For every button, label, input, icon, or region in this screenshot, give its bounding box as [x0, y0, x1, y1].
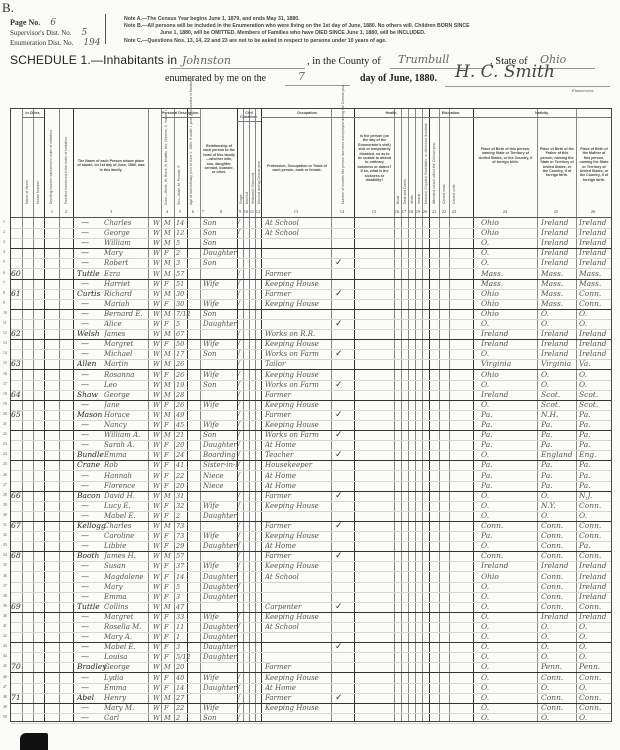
cell-age: 3 — [176, 592, 190, 602]
cell-fbp: Virginia — [541, 359, 575, 369]
enumerated-label: enumerated by me on the — [165, 73, 266, 84]
cell-fbp: Mass. — [541, 279, 575, 289]
cell-mbp: Conn. — [579, 299, 610, 309]
enumeration-date-label: day of June, 1880. — [360, 73, 437, 84]
cell-fbp: N.H. — [541, 410, 575, 420]
cell-sex: M — [164, 269, 176, 279]
cell-given: George — [104, 662, 152, 672]
cell-mark: / — [238, 329, 246, 339]
cell-race: W — [153, 228, 163, 238]
cell-fbp: Ireland — [541, 258, 575, 268]
row-number: 39 — [3, 604, 7, 608]
cell-surname: — — [81, 218, 101, 228]
cell-race: W — [153, 440, 163, 450]
row-number: 42 — [3, 634, 7, 638]
cell-bp: Pa. — [481, 481, 535, 491]
group-health: Health. — [354, 111, 429, 118]
cell-mbp: Conn. — [579, 531, 610, 541]
cell-age: 12 — [176, 228, 190, 238]
cell-given: Charles — [104, 218, 152, 228]
cell-bp: O. — [481, 602, 535, 612]
cell-rel: Wife — [203, 673, 237, 683]
cell-fbp: O. — [541, 309, 575, 319]
group-nativity: Nativity. — [473, 111, 611, 118]
cell-occ: Works on R.R. — [265, 329, 331, 339]
cell-given: Florence — [104, 481, 152, 491]
cell-surname: — — [81, 481, 101, 491]
cell-bp: O. — [481, 400, 535, 410]
cell-given: Rosella M. — [104, 622, 152, 632]
cell-fbp: Pa. — [541, 481, 575, 491]
cell-fbp: Ireland — [541, 228, 575, 238]
cell-age: 27 — [176, 693, 190, 703]
cell-bp: O. — [481, 491, 535, 501]
cell-race: W — [153, 582, 163, 592]
cell-mark: / — [238, 582, 246, 592]
cell-bp: Pa. — [481, 531, 535, 541]
cell-mark: / — [238, 380, 246, 390]
cell-rel: Daughter — [203, 582, 237, 592]
cell-tick: ✓ — [335, 430, 349, 440]
cell-surname: — — [81, 430, 101, 440]
cell-race: W — [153, 693, 163, 703]
cell-age: 14 — [176, 683, 190, 693]
row-number: 34 — [3, 553, 7, 557]
row-number: 45 — [3, 664, 7, 668]
cell-age: 20 — [176, 440, 190, 450]
cell-sex: M — [164, 329, 176, 339]
cell-sex: M — [164, 662, 176, 672]
cell-bp: O. — [481, 511, 535, 521]
cell-bp: Ohio — [481, 370, 535, 380]
cell-bp: Mass. — [481, 269, 535, 279]
cell-bp: Conn. — [481, 521, 535, 531]
cell-sex: M — [164, 410, 176, 420]
cell-given: Emma — [104, 592, 152, 602]
cell-mark: / — [238, 228, 246, 238]
cell-rel: Niece — [203, 471, 237, 481]
cell-mbp: Ireland — [579, 339, 610, 349]
row-number: 1 — [3, 220, 5, 224]
cell-tick: ✓ — [335, 450, 349, 460]
cell-age: 14 — [176, 572, 190, 582]
cell-fbp: Ireland — [541, 561, 575, 571]
cell-sex: F — [164, 683, 176, 693]
cell-age: 41 — [176, 460, 190, 470]
cell-given: Magdalene — [104, 572, 152, 582]
cell-race: W — [153, 400, 163, 410]
cell-mark: / — [238, 693, 246, 703]
cell-sex: F — [164, 531, 176, 541]
row-number: 24 — [3, 452, 7, 456]
header-name: The Name of each Person whose place of a… — [77, 159, 145, 172]
cell-age: 37 — [176, 561, 190, 571]
note-a: Note A.—The Census Year begins June 1, 1… — [124, 16, 614, 23]
cell-given: Emma — [104, 450, 152, 460]
cell-given: Susan — [104, 561, 152, 571]
cell-sex: F — [164, 481, 176, 491]
cell-family: 60 — [11, 269, 21, 279]
cell-sex: F — [164, 561, 176, 571]
cell-rel: Daughter — [203, 511, 237, 521]
cell-bp: O. — [481, 450, 535, 460]
cell-age: 28 — [176, 390, 190, 400]
cell-age: 30 — [176, 289, 190, 299]
corner-letter: B. — [2, 0, 14, 16]
cell-bp: O. — [481, 673, 535, 683]
header-married: Married. — [245, 169, 249, 204]
cell-mbp: O. — [579, 713, 610, 723]
cell-bp: Ireland — [481, 339, 535, 349]
cell-rel: Niece — [203, 481, 237, 491]
cell-sex: M — [164, 380, 176, 390]
cell-rel: Son — [203, 430, 237, 440]
cell-given: Mary M. — [104, 703, 152, 713]
header-profession: Profession, Occupation or Trade of each … — [266, 164, 328, 173]
cell-fbp: Mass. — [541, 289, 575, 299]
cell-fbp: Conn. — [541, 582, 575, 592]
cell-fbp: O. — [541, 713, 575, 723]
cell-fbp: Conn. — [541, 703, 575, 713]
group-civil-condition: Civil Condition. — [237, 111, 261, 122]
cell-sex: F — [164, 248, 176, 258]
cell-race: W — [153, 370, 163, 380]
cell-race: W — [153, 258, 163, 268]
cell-mark: / — [238, 541, 246, 551]
cell-rel: Son — [203, 380, 237, 390]
cell-mbp: Ireland — [579, 228, 610, 238]
cell-mark: / — [238, 683, 246, 693]
cell-given: David H. — [104, 491, 152, 501]
cell-age: 32 — [176, 501, 190, 511]
cell-mark: / — [238, 561, 246, 571]
cell-sex: F — [164, 420, 176, 430]
header-blind: Blind. — [396, 174, 400, 204]
cell-occ: Farmer — [265, 390, 331, 400]
header-maimed: Maimed, Crippled, Bedridden, or otherwis… — [424, 119, 428, 204]
cell-rel: Wife — [203, 612, 237, 622]
cell-bp: Pa. — [481, 460, 535, 470]
place-name: Johnston — [182, 54, 231, 67]
row-number: 15 — [3, 361, 7, 365]
cell-tick: ✓ — [335, 602, 349, 612]
cell-mbp: Conn. — [579, 693, 610, 703]
cell-given: Mariah — [104, 299, 152, 309]
cell-race: W — [153, 289, 163, 299]
cell-family: 65 — [11, 410, 21, 420]
cell-bp: O. — [481, 642, 535, 652]
cell-given: Harriet — [104, 279, 152, 289]
cell-bp: O. — [481, 319, 535, 329]
group-in-cities: In Cities. — [22, 111, 44, 118]
cell-surname: — — [81, 501, 101, 511]
cell-mbp: Pa. — [579, 440, 610, 450]
cell-given: George — [104, 390, 152, 400]
supervisor-value: 5 — [82, 28, 88, 38]
cell-age: 24 — [176, 450, 190, 460]
cell-rel: Son — [203, 713, 237, 723]
cell-mbp: O. — [579, 319, 610, 329]
cell-bp: O. — [481, 592, 535, 602]
page-no-label: Page No. — [10, 18, 40, 28]
cell-occ: Keeping House — [265, 501, 331, 511]
cell-given: Ezra — [104, 269, 152, 279]
cell-age: 2 — [176, 511, 190, 521]
cell-mbp: Ireland — [579, 329, 610, 339]
header-sex: Sex—Male, M; Female, F. — [177, 125, 181, 205]
cell-bp: Pa. — [481, 430, 535, 440]
cell-race: W — [153, 359, 163, 369]
cell-fbp: Conn. — [541, 531, 575, 541]
cell-given: Henry — [104, 693, 152, 703]
cell-occ: Works on Farm — [265, 380, 331, 390]
header-married-year: Married during Census year. — [257, 129, 261, 204]
row-number: 46 — [3, 675, 7, 679]
cell-occ: Works on Farm — [265, 430, 331, 440]
cell-tick: ✓ — [335, 551, 349, 561]
cell-bp: O. — [481, 622, 535, 632]
row-number: 23 — [3, 442, 7, 446]
cell-mbp: Mass. — [579, 279, 610, 289]
cell-mbp: O. — [579, 380, 610, 390]
row-number: 26 — [3, 473, 7, 477]
row-number: 44 — [3, 654, 7, 658]
supervisor-label: Supervisor's Dist. No. — [10, 28, 72, 38]
cell-sex: M — [164, 258, 176, 268]
header-months-unemployed: Number of months this person has been un… — [341, 124, 345, 204]
cell-age: 1 — [176, 632, 190, 642]
cell-surname: — — [81, 511, 101, 521]
header-birthplace: Place of Birth of this person, naming St… — [477, 147, 534, 165]
cell-surname: — — [81, 349, 101, 359]
cell-given: Emma — [104, 683, 152, 693]
cell-surname: — — [81, 339, 101, 349]
ink-blot — [20, 733, 48, 750]
row-number: 5 — [3, 260, 5, 264]
cell-fbp: O. — [541, 370, 575, 380]
cell-bp: O. — [481, 662, 535, 672]
cell-bp: O. — [481, 258, 535, 268]
cell-sex: F — [164, 400, 176, 410]
cell-age: 73 — [176, 531, 190, 541]
cell-mbp: O. — [579, 652, 610, 662]
cell-surname: — — [81, 673, 101, 683]
cell-mark: / — [238, 531, 246, 541]
cell-occ: At Home — [265, 481, 331, 491]
cell-mark: / — [238, 390, 246, 400]
cell-mbp: Ireland — [579, 218, 610, 228]
cell-rel: Daughter — [203, 592, 237, 602]
cell-race: W — [153, 632, 163, 642]
cell-family: 66 — [11, 491, 21, 501]
cell-age: 3 — [176, 642, 190, 652]
cell-mbp: Ireland — [579, 258, 610, 268]
cell-sex: F — [164, 370, 176, 380]
cell-rel: Wife — [203, 420, 237, 430]
cell-fbp: Scot. — [541, 390, 575, 400]
cell-fbp: O. — [541, 319, 575, 329]
row-number: 22 — [3, 432, 7, 436]
cell-mbp: Conn. — [579, 551, 610, 561]
cell-rel: Daughter — [203, 248, 237, 258]
cell-fbp: Ireland — [541, 329, 575, 339]
cell-given: Libbie — [104, 541, 152, 551]
cell-surname: — — [81, 440, 101, 450]
cell-age: 22 — [176, 703, 190, 713]
cell-occ: At Home — [265, 471, 331, 481]
cell-given: Horace — [104, 410, 152, 420]
cell-rel: Sister-in-law — [203, 460, 237, 470]
cell-fbp: Conn. — [541, 693, 575, 703]
cell-mark: / — [238, 471, 246, 481]
cell-race: W — [153, 662, 163, 672]
cell-age: 57 — [176, 269, 190, 279]
row-number: 30 — [3, 513, 7, 517]
cell-sex: F — [164, 572, 176, 582]
cell-surname: — — [81, 319, 101, 329]
row-number: 33 — [3, 543, 7, 547]
cell-sex: F — [164, 703, 176, 713]
cell-bp: O. — [481, 238, 535, 248]
cell-fbp: Pa. — [541, 460, 575, 470]
row-number: 31 — [3, 523, 7, 527]
cell-age: 26 — [176, 359, 190, 369]
cell-surname: — — [81, 299, 101, 309]
row-number: 13 — [3, 341, 7, 345]
cell-age: 7/12 — [176, 309, 190, 319]
cell-given: James — [104, 329, 152, 339]
cell-occ: Farmer — [265, 693, 331, 703]
cell-mark: / — [238, 218, 246, 228]
row-number: 29 — [3, 503, 7, 507]
cell-rel: Son — [203, 258, 237, 268]
cell-mark: / — [238, 279, 246, 289]
cell-rel: Daughter — [203, 642, 237, 652]
row-number: 25 — [3, 462, 7, 466]
cell-surname: — — [81, 713, 101, 723]
cell-tick: ✓ — [335, 521, 349, 531]
cell-given: Sarah A. — [104, 440, 152, 450]
header-idiotic: Idiotic. — [410, 174, 414, 204]
cell-mbp: Ireland — [579, 592, 610, 602]
cell-race: W — [153, 309, 163, 319]
cell-mark: / — [238, 400, 246, 410]
cell-mbp: Va. — [579, 359, 610, 369]
cell-mbp: O. — [579, 370, 610, 380]
cell-occ: Farmer — [265, 551, 331, 561]
cell-mark: / — [238, 289, 246, 299]
cell-age: 22 — [176, 471, 190, 481]
cell-surname: — — [81, 380, 101, 390]
cell-mark: / — [238, 430, 246, 440]
cell-bp: Pa. — [481, 410, 535, 420]
cell-race: W — [153, 460, 163, 470]
cell-mbp: Penn. — [579, 662, 610, 672]
cell-given: Margret — [104, 339, 152, 349]
cell-mbp: Scot. — [579, 400, 610, 410]
cell-bp: Virginia — [481, 359, 535, 369]
cell-occ: Works on Farm — [265, 349, 331, 359]
cell-fbp: Penn. — [541, 662, 575, 672]
cell-race: W — [153, 269, 163, 279]
header-street: Name of Street. — [25, 149, 29, 204]
cell-bp: Pa. — [481, 471, 535, 481]
cell-rel: Daughter — [203, 319, 237, 329]
cell-age: 21 — [176, 430, 190, 440]
cell-age: 26 — [176, 370, 190, 380]
cell-sex: F — [164, 450, 176, 460]
cell-rel: Wife — [203, 531, 237, 541]
cell-given: Mabel E. — [104, 642, 152, 652]
cell-surname: — — [81, 652, 101, 662]
cell-sex: M — [164, 602, 176, 612]
cell-rel: Son — [203, 349, 237, 359]
cell-surname: — — [81, 400, 101, 410]
cell-given: James H. — [104, 551, 152, 561]
cell-mbp: O. — [579, 683, 610, 693]
cell-rel: Wife — [203, 400, 237, 410]
cell-race: W — [153, 531, 163, 541]
cell-mark: / — [238, 673, 246, 683]
row-number: 12 — [3, 331, 7, 335]
cell-fbp: Ireland — [541, 339, 575, 349]
cell-surname: — — [81, 370, 101, 380]
cell-occ: Keeping House — [265, 420, 331, 430]
cell-mark: / — [238, 339, 246, 349]
cell-fbp: Conn. — [541, 541, 575, 551]
cell-race: W — [153, 551, 163, 561]
cell-tick: ✓ — [335, 349, 349, 359]
cell-age: 33 — [176, 612, 190, 622]
cell-rel: Daughter — [203, 440, 237, 450]
cell-mbp: Pa. — [579, 471, 610, 481]
cell-given: Carl — [104, 713, 152, 723]
cell-bp: Ohio — [481, 228, 535, 238]
cell-age: 30 — [176, 299, 190, 309]
cell-occ: At Home — [265, 440, 331, 450]
cell-sex: F — [164, 501, 176, 511]
cell-race: W — [153, 592, 163, 602]
cell-mbp: Conn. — [579, 703, 610, 713]
cell-rel: Wife — [203, 370, 237, 380]
cell-race: W — [153, 501, 163, 511]
cell-bp: Ohio — [481, 309, 535, 319]
cell-given: Robert — [104, 258, 152, 268]
cell-fbp: Conn. — [541, 572, 575, 582]
cell-occ: At School — [265, 228, 331, 238]
table-row: 50—CarlWM2Son/O.O.O. — [11, 713, 611, 724]
cell-rel: Daughter — [203, 622, 237, 632]
cell-race: W — [153, 390, 163, 400]
cell-given: Charles — [104, 521, 152, 531]
cell-fbp: Scot. — [541, 400, 575, 410]
row-number: 2 — [3, 230, 5, 234]
cell-mark: / — [238, 420, 246, 430]
cell-family: 63 — [11, 359, 21, 369]
cell-given: Collins — [104, 602, 152, 612]
page-no-value: 6 — [50, 18, 56, 28]
cell-mbp: Pa. — [579, 541, 610, 551]
cell-fbp: Pa. — [541, 471, 575, 481]
cell-occ: Keeping House — [265, 279, 331, 289]
cell-occ: Keeping House — [265, 673, 331, 683]
header-father-birthplace: Place of Birth of the Father of this per… — [540, 147, 574, 178]
cell-sex: F — [164, 511, 176, 521]
cell-mark: / — [238, 521, 246, 531]
cell-family: 69 — [11, 602, 21, 612]
cell-bp: O. — [481, 380, 535, 390]
cell-rel: Boarding — [203, 450, 237, 460]
